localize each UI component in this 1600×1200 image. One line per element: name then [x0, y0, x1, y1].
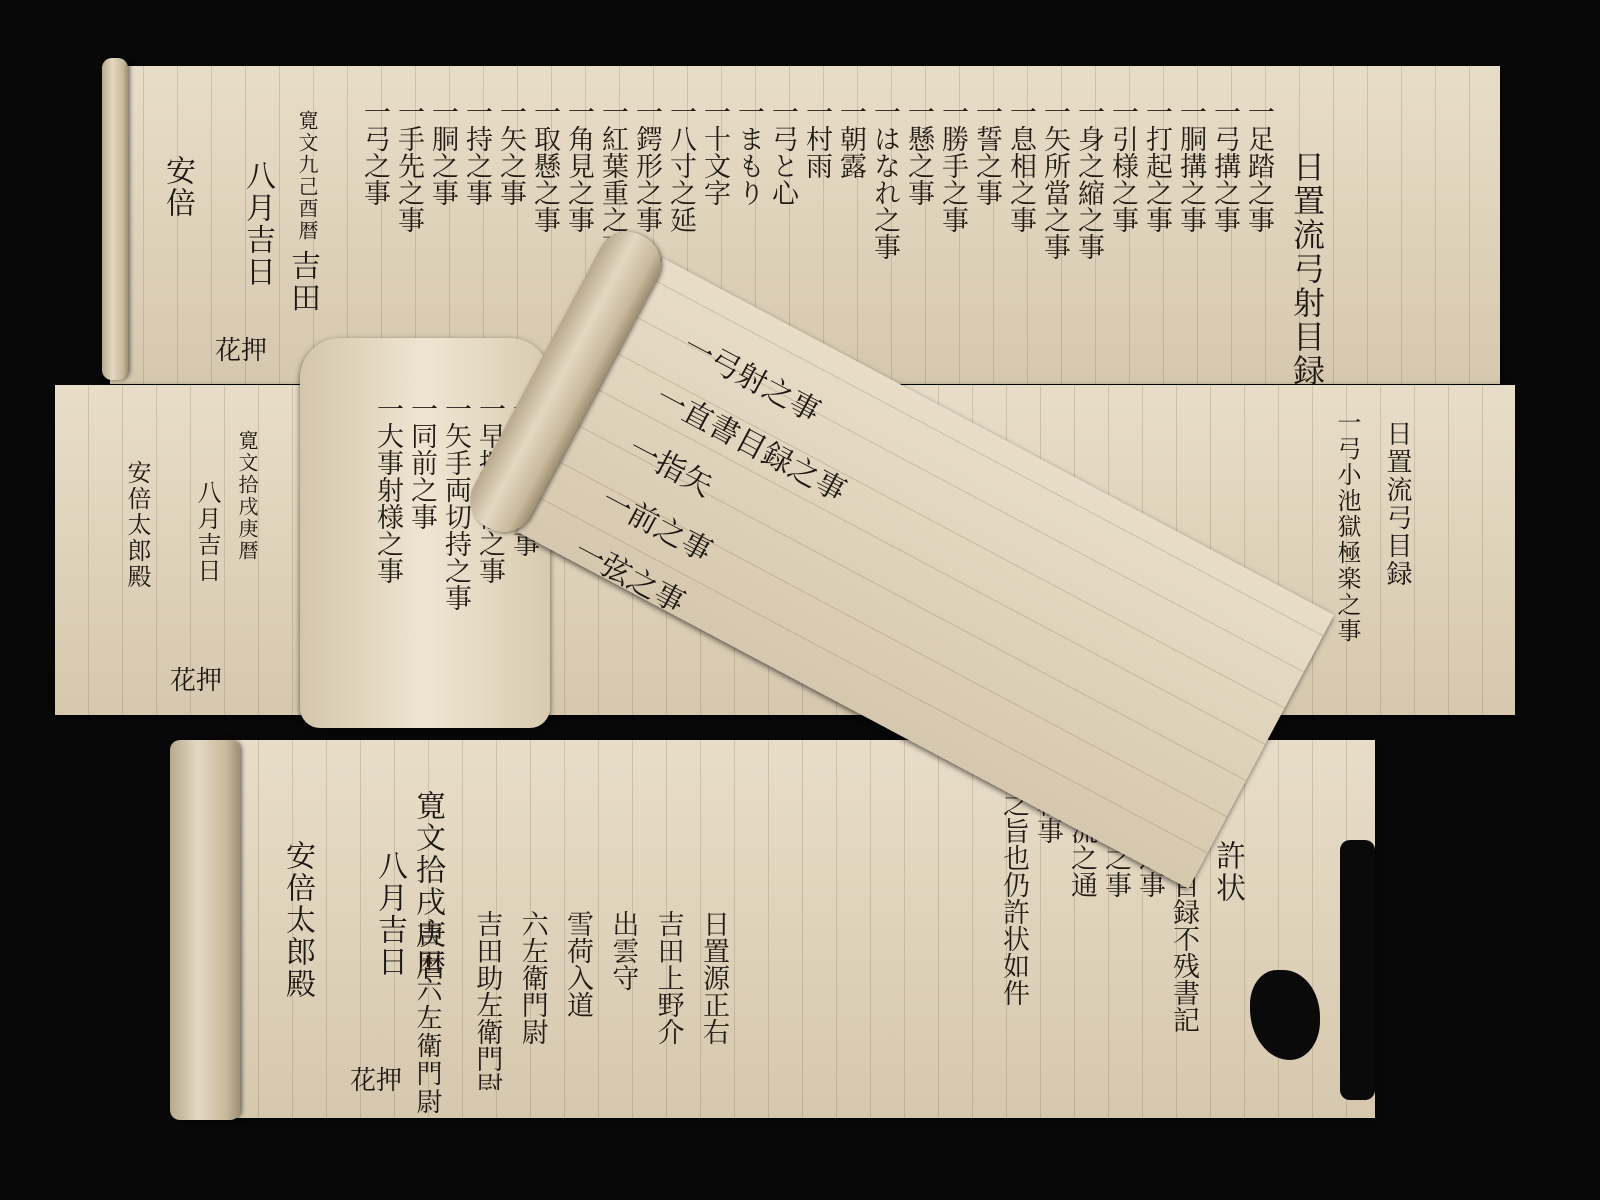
top-scroll-date: 寛文九己酉暦 [290, 110, 324, 242]
list-item: 一はなれ之事 [867, 98, 901, 358]
middle-scroll-seal: 花押 [170, 660, 222, 697]
top-scroll-items: 一足踏之事 一弓搆之事 一胴搆之事 一打起之事 一引様之事 一身之縮之事 一矢所… [355, 98, 1275, 358]
bottom-scroll-month-day: 八月吉日 [372, 850, 406, 978]
bottom-scroll-roller [170, 740, 240, 1120]
middle-scroll-month-day: 八月吉日 [190, 480, 224, 584]
list-item: 一勝手之事 [935, 98, 969, 358]
lineage-name: 出雲守 [606, 910, 639, 1090]
list-item: 一手先之事 [391, 98, 425, 358]
list-item: 一息相之事 [1003, 98, 1037, 358]
middle-scroll-title: 日置流弓目録 [1380, 420, 1414, 588]
bottom-scroll-recipient: 安倍太郎殿 [280, 840, 314, 1000]
bottom-scroll-heading: 許状 [1210, 840, 1244, 904]
lineage-name: 日置源正右 [697, 910, 730, 1090]
middle-scroll-date: 寛文拾戌庚暦 [230, 430, 264, 562]
list-item: 一矢所當之事 [1037, 98, 1071, 358]
lineage-name: 吉田上野介 [651, 910, 684, 1090]
list-item: 一弓之事 [357, 98, 391, 358]
middle-scroll-recipient: 安倍太郎殿 [120, 460, 154, 590]
list-item: 一足踏之事 [1241, 98, 1275, 358]
list-item: 一身之縮之事 [1071, 98, 1105, 358]
list-item: 一弓搆之事 [1207, 98, 1241, 358]
lineage-name: 吉田助左衛門尉 [470, 910, 503, 1090]
list-item: 一取懸之事 [527, 98, 561, 358]
top-scroll-grantor: 吉田 [285, 250, 319, 314]
list-item: 一胴搆之事 [1173, 98, 1207, 358]
top-scroll-seal: 花押 [215, 330, 267, 367]
list-item: 一引様之事 [1105, 98, 1139, 358]
lineage-name: 六左衛門尉 [515, 910, 548, 1090]
list-item: 一矢之事 [493, 98, 527, 358]
middle-scroll-first-item: 一弓小池獄極楽之事 [1330, 410, 1364, 644]
list-item: 一懸之事 [901, 98, 935, 358]
top-scroll-roller [102, 58, 128, 380]
paper-damage [1340, 840, 1375, 1100]
body-line: 秘事 [1030, 790, 1064, 1100]
bottom-scroll-grantor: 吉田六左衛門尉 [410, 920, 444, 1116]
bottom-scroll-lineage: 日置源正右 吉田上野介 出雲守 雪荷入道 六左衛門尉 吉田助左衛門尉 [470, 910, 730, 1090]
top-scroll-month-day: 八月吉日 [240, 160, 274, 288]
list-item: 一村雨 [799, 98, 833, 358]
lineage-name: 雪荷入道 [561, 910, 594, 1090]
bottom-scroll-seal: 花押 [350, 1060, 402, 1097]
list-item: 一打起之事 [1139, 98, 1173, 358]
top-scroll-recipient: 安倍 [160, 155, 194, 219]
list-item: 一誓之事 [969, 98, 1003, 358]
list-item: 一胴之事 [425, 98, 459, 358]
top-scroll-title: 日置流弓射目録 [1290, 150, 1324, 388]
list-item: 一朝露 [833, 98, 867, 358]
list-item: 一持之事 [459, 98, 493, 358]
